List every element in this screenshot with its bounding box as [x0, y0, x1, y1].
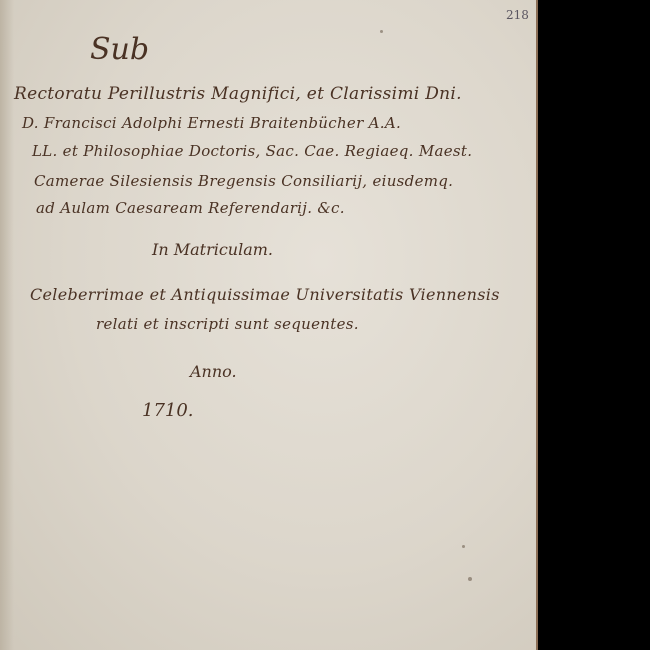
body-line-3: LL. et Philosophiae Doctoris, Sac. Cae. … — [32, 142, 472, 160]
body-line-4: Camerae Silesiensis Bregensis Consiliari… — [34, 172, 453, 190]
heading-sub: Sub — [90, 32, 149, 67]
body-line-5: ad Aulam Caesaream Referendarij. &c. — [36, 199, 345, 217]
year-label: 1710. — [142, 400, 194, 421]
anno-label: Anno. — [190, 362, 237, 381]
manuscript-page: 218 Sub Rectoratu Perillustris Magnifici… — [0, 0, 538, 650]
body-line-2: D. Francisci Adolphi Ernesti Braitenbüch… — [22, 114, 401, 132]
ink-spot — [462, 545, 465, 548]
folio-number: 218 — [506, 8, 529, 22]
black-background-margin — [538, 0, 650, 650]
ink-spot — [468, 577, 472, 581]
ink-spot — [380, 30, 383, 33]
in-matriculam-line: In Matriculam. — [152, 240, 273, 259]
body-line-1: Rectoratu Perillustris Magnifici, et Cla… — [14, 84, 462, 104]
closing-line-2: relati et inscripti sunt sequentes. — [96, 315, 359, 333]
closing-line-1: Celeberrimae et Antiquissimae Universita… — [30, 285, 500, 304]
